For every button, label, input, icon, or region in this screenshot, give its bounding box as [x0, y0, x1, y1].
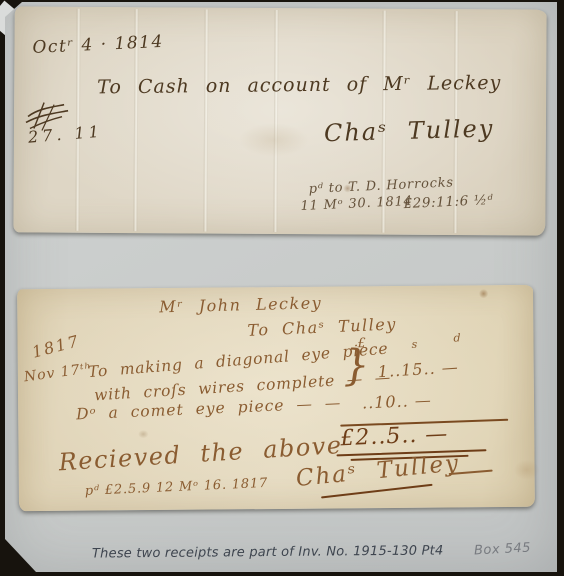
- receipt2-addressee: Mʳ John Leckey: [159, 293, 322, 316]
- column-pounds: £: [357, 336, 365, 351]
- fold-crease: [203, 10, 208, 232]
- receipt2-day: Nov 17ᵗʰ: [23, 361, 93, 386]
- receipt2-amount2: ..10.. —: [362, 390, 433, 412]
- receipt-1817: Mʳ John Leckey To Chaˢ Tulley 1817 Nov 1…: [17, 285, 535, 511]
- column-shillings: s: [411, 338, 417, 351]
- receipt2-paid-note: pᵈ £2.5.9 12 Mᵒ 16. 1817: [85, 476, 269, 499]
- receipt2-amount1: 1..15.. —: [377, 357, 459, 381]
- receipt2-total: £2..5.. —: [340, 422, 449, 452]
- receipt2-year: 1817: [30, 331, 82, 362]
- column-pence: d: [453, 331, 460, 344]
- photograph-of-mounted-receipts: Octʳ 4 · 1814 To Cash on account of Mʳ L…: [0, 0, 564, 576]
- paper-stain: [479, 289, 488, 298]
- fold-crease: [273, 10, 278, 232]
- receipt1-signature: Chaˢ Tulley: [324, 114, 495, 147]
- receipt2-payee: To Chaˢ Tulley: [247, 314, 397, 340]
- receipt1-paid-note-line2: 11 Mᵒ 30. 1814: [300, 194, 413, 214]
- archivist-caption: These two receipts are part of Inv. No. …: [92, 543, 444, 561]
- receipt1-paid-amount: £29:11:6 ½ᵈ: [403, 192, 494, 212]
- box-number-label: Box 545: [474, 541, 532, 559]
- receipt-1814: Octʳ 4 · 1814 To Cash on account of Mʳ L…: [13, 6, 546, 235]
- receipt1-date: Octʳ 4 · 1814: [32, 32, 164, 58]
- curly-brace: }: [342, 340, 371, 390]
- receipt1-body-line: To Cash on account of Mʳ Leckey: [97, 72, 501, 99]
- paper-stain: [138, 430, 148, 438]
